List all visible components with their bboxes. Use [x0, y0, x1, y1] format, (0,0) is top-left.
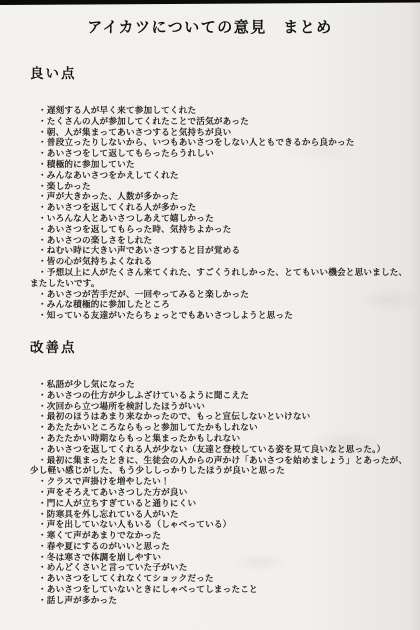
opinion-list-item: 寒くて声があまりでなかった: [30, 531, 415, 542]
opinion-list-item: あいさつをして返してもらったらうれしい: [30, 149, 415, 160]
improvement-points-list: 私語が少し気になった あいさつの仕方が少しふざけているように聞こえた 次回から立…: [30, 380, 415, 607]
opinion-list-item: みんなあいさつをかえしてくれた: [30, 171, 415, 182]
opinion-list-item: あいさつをしてくれなくてショックだった: [30, 574, 415, 585]
opinion-list-item: みんな積極的に参加したところ: [30, 300, 415, 311]
section-heading-improvement-points: 改善点: [30, 336, 420, 356]
good-points-list: 遅刻する人が早く来て参加してくれた たくさんの人が参加してくれたことで活気があっ…: [30, 106, 415, 322]
opinion-list-item: あいさつを返してもらった時、気持ちよかった: [30, 225, 415, 236]
section-heading-good-points: 良い点: [30, 62, 420, 82]
opinion-list-item: クラスで声掛けを増やしたい！: [30, 477, 415, 488]
opinion-list-item: 声をそろえてあいさつした方が良い: [30, 488, 415, 499]
section-improvement-points: 改善点 私語が少し気になった あいさつの仕方が少しふざけているように聞こえた 次…: [0, 336, 420, 607]
opinion-list-item: ねむい時に大きい声であいさつすると目が覚める: [30, 246, 415, 257]
opinion-list-item: 楽しかった: [30, 182, 415, 193]
opinion-list-item: いろんな人とあいさつしあえて嬉しかった: [30, 214, 415, 225]
opinion-list-item: あいさつをしていないときにしゃべってしまったこと: [30, 585, 415, 596]
opinion-list-item: あいさつが苦手だが、一回やってみると楽しかった: [30, 290, 415, 301]
opinion-list-item: 最初のほうはあまり来なかったので、もっと宣伝しないといけない: [30, 412, 415, 423]
section-good-points: 良い点 遅刻する人が早く来て参加してくれた たくさんの人が参加してくれたことで活…: [0, 62, 420, 322]
opinion-list-item: 知っている友達がいたらちょっとでもあいさつしようと思った: [30, 311, 415, 322]
opinion-list-item: 普段立ったりしないから、いつもあいさつをしない人ともできるから良かった: [30, 138, 415, 149]
opinion-list-item: 次回から立つ場所を検討したほうがいい: [30, 402, 415, 413]
opinion-list-item: 積極的に参加していた: [30, 160, 415, 171]
opinion-list-item: あいさつの楽しさをしれた: [30, 236, 415, 247]
opinion-list-item: 防寒具を外し忘れている人がいた: [30, 510, 415, 521]
opinion-list-item: 朝、人が集まってあいさつすると気持ちが良い: [30, 128, 415, 139]
opinion-list-item: 最初に集まったときに、生徒会の人からの声かけ「あいさつを始めましょう」とあったが…: [30, 456, 415, 478]
opinion-list-item: あいさつの仕方が少しふざけているように聞こえた: [30, 391, 415, 402]
opinion-list-item: 予想以上に人がたくさん来てくれた、すごくうれしかった、とてもいい機会と思いました…: [30, 268, 415, 290]
document-title: アイカツについての意見 まとめ: [0, 0, 420, 37]
opinion-list-item: あいさつを返してくれる人が少ない（友達と登校している姿を見て良いなと思った。）: [30, 445, 415, 456]
opinion-list-item: 私語が少し気になった: [30, 380, 415, 391]
opinion-list-item: 話し声が多かった: [30, 596, 415, 607]
scanned-document-page: アイカツについての意見 まとめ 良い点 遅刻する人が早く来て参加してくれた たく…: [0, 0, 420, 630]
opinion-list-item: 声が大きかった、人数が多かった: [30, 192, 415, 203]
opinion-list-item: 冬は寒さで体調を崩しやすい: [30, 553, 415, 564]
opinion-list-item: あたたかい時期ならもっと集まったかもしれない: [30, 434, 415, 445]
opinion-list-item: 皆の心が気持ちよくなれる: [30, 257, 415, 268]
opinion-list-item: 春や夏にするのがいいと思った: [30, 542, 415, 553]
opinion-list-item: 門に人が立ちすぎていると通りにくい: [30, 499, 415, 510]
opinion-list-item: 遅刻する人が早く来て参加してくれた: [30, 106, 415, 117]
opinion-list-item: たくさんの人が参加してくれたことで活気があった: [30, 117, 415, 128]
opinion-list-item: めんどくさいと言っていた子がいた: [30, 563, 415, 574]
opinion-list-item: あいさつを返してくれる人が多かった: [30, 203, 415, 214]
opinion-list-item: あたたかいところならもっと参加してたかもしれない: [30, 423, 415, 434]
opinion-list-item: 声を出していない人もいる（しゃべっている）: [30, 520, 415, 531]
